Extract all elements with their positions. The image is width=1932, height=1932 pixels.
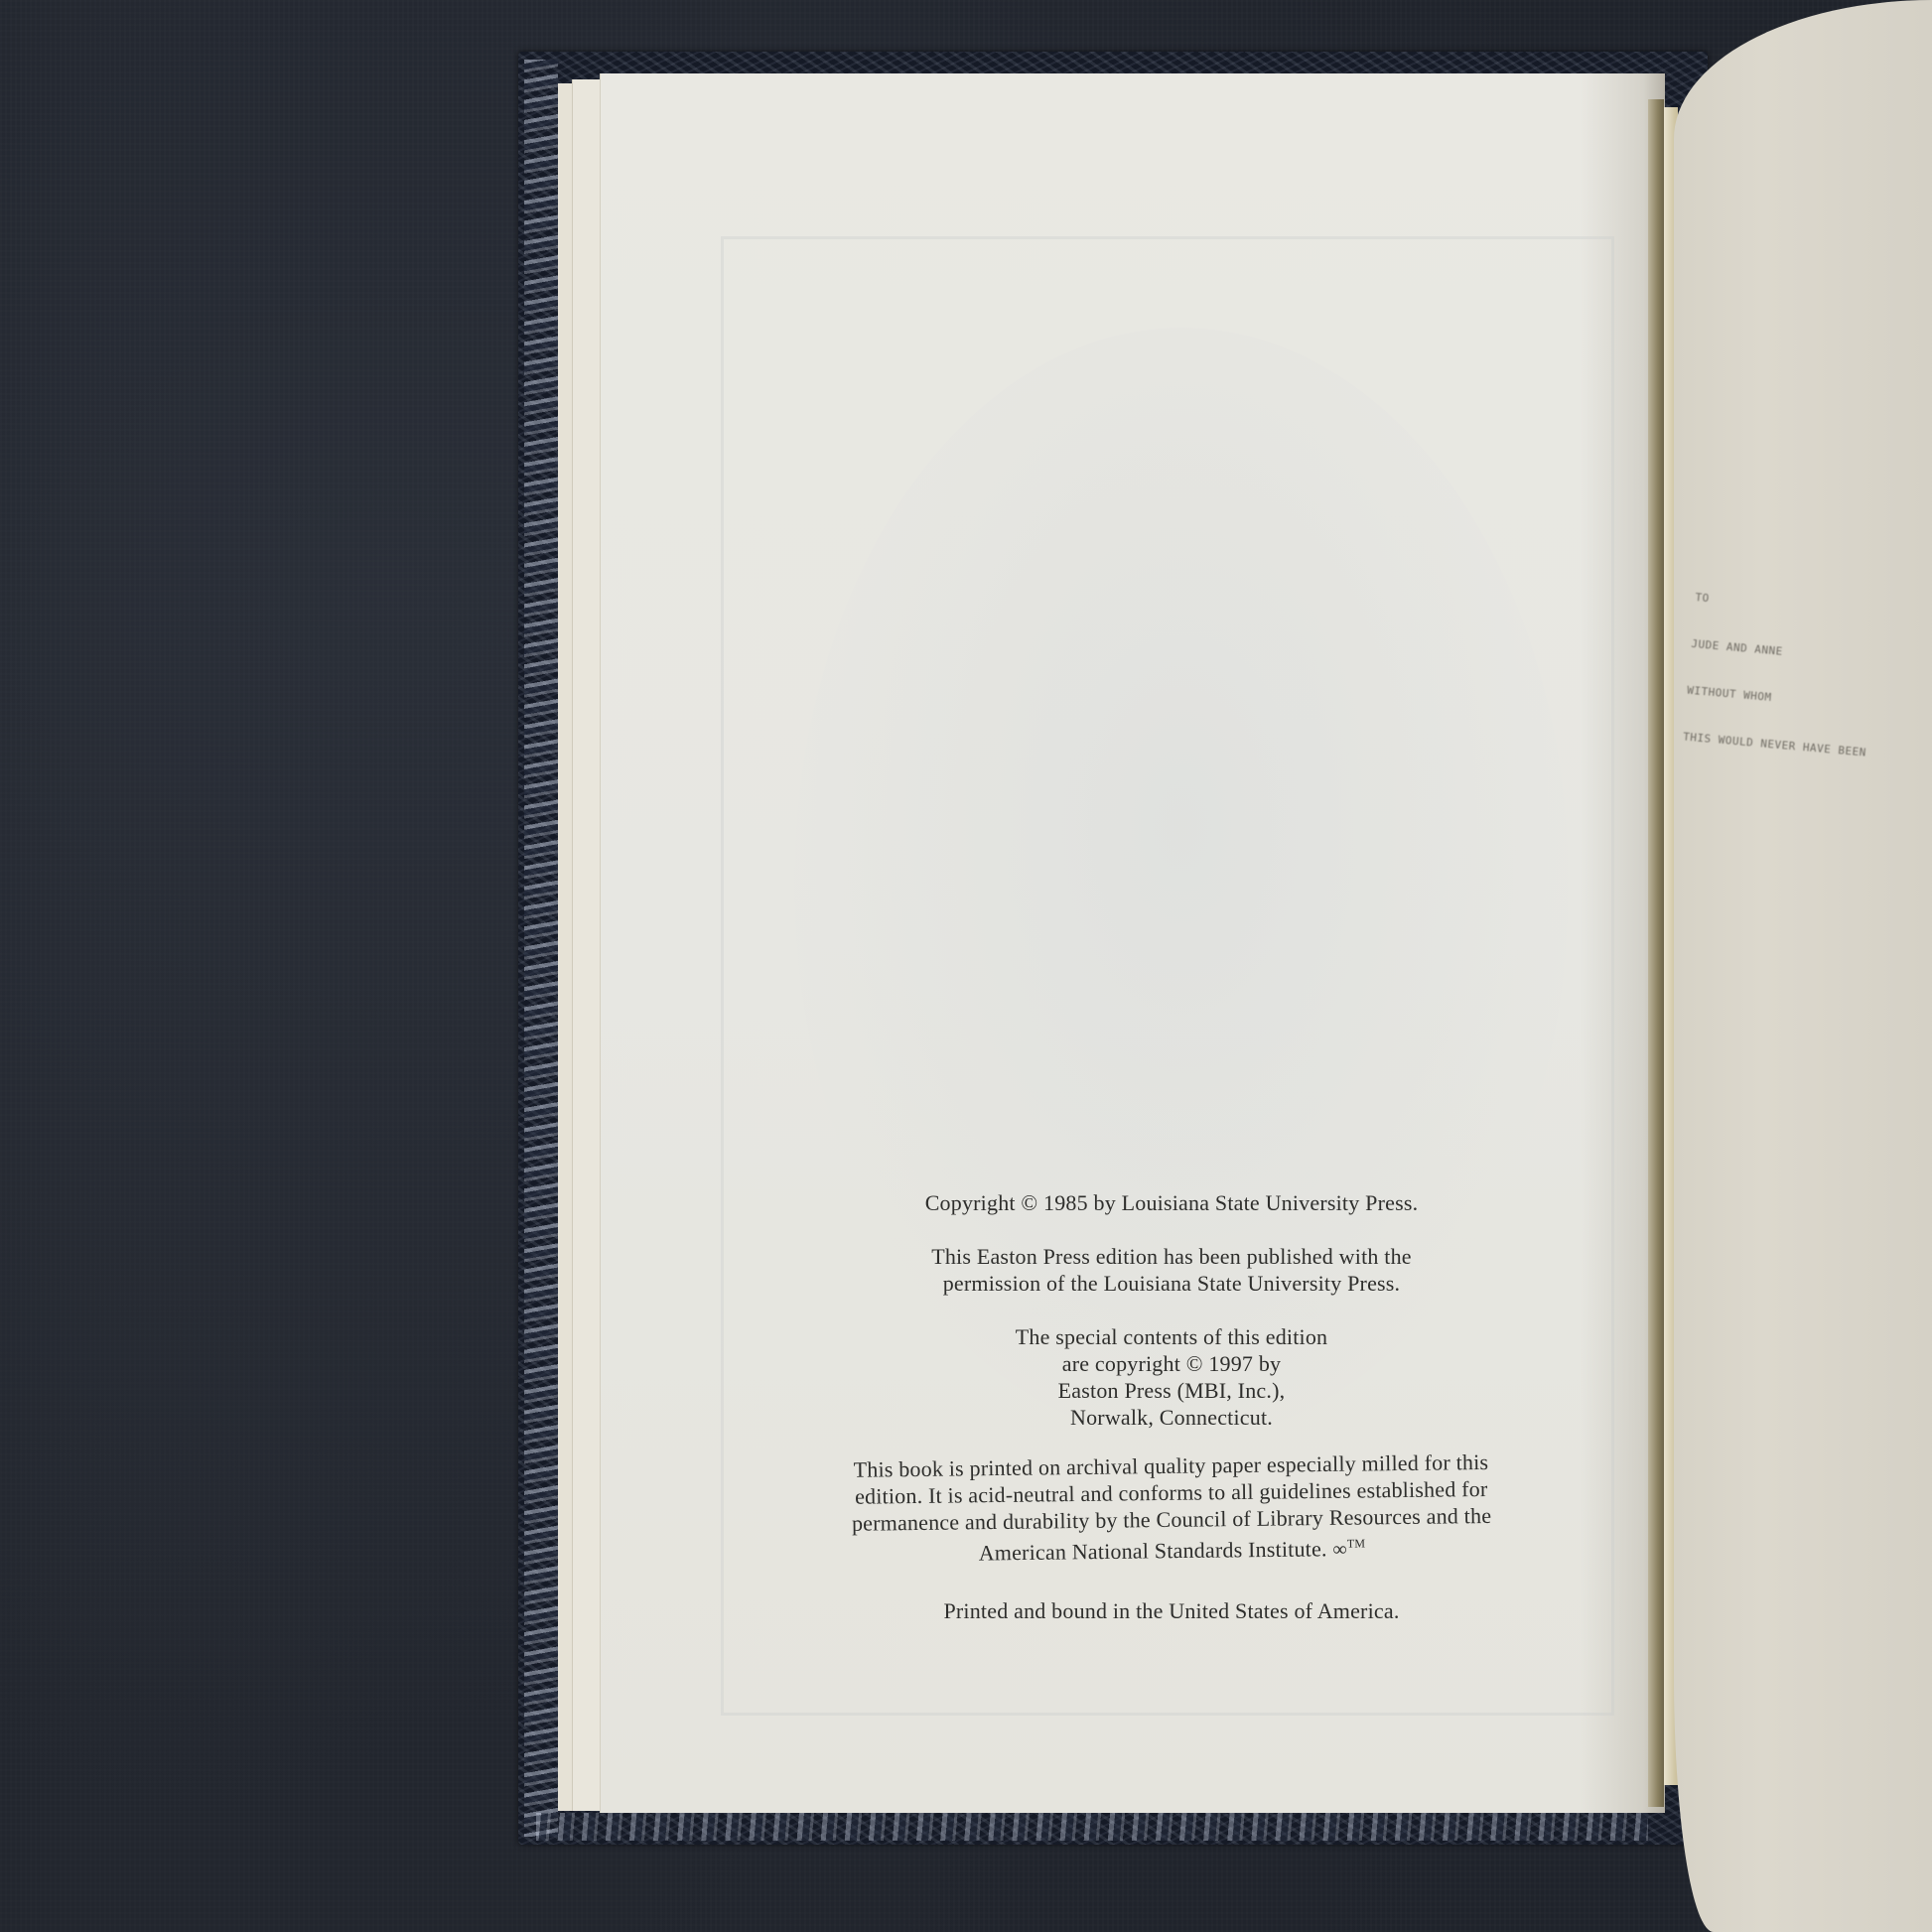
text-line: Norwalk, Connecticut. xyxy=(755,1404,1588,1431)
book-photo-scene: Copyright © 1985 by Louisiana State Univ… xyxy=(0,0,1932,1932)
archival-paper-paragraph: This book is printed on archival quality… xyxy=(754,1448,1588,1572)
text-line: The special contents of this edition xyxy=(755,1323,1588,1350)
text-fragment: American National Standards Institute. xyxy=(979,1536,1327,1565)
dedication-text: TO JUDE AND ANNE WITHOUT WHOM THIS WOULD… xyxy=(1680,592,1879,793)
binding-edge-bottom xyxy=(536,1813,1648,1841)
dedication-line: THIS WOULD NEVER HAVE BEEN xyxy=(1683,731,1866,758)
original-copyright-paragraph: Copyright © 1985 by Louisiana State Univ… xyxy=(755,1189,1588,1216)
text-line: Copyright © 1985 by Louisiana State Univ… xyxy=(755,1189,1588,1216)
trademark-mark: TM xyxy=(1347,1536,1366,1550)
text-line: permission of the Louisiana State Univer… xyxy=(755,1270,1588,1297)
dedication-page xyxy=(1674,0,1932,1932)
text-line: are copyright © 1997 by xyxy=(755,1350,1588,1377)
book-gutter xyxy=(1648,99,1664,1807)
text-line: Printed and bound in the United States o… xyxy=(755,1597,1588,1624)
dedication-line: WITHOUT WHOM xyxy=(1687,685,1870,712)
infinity-paper-icon: ∞ xyxy=(1332,1537,1347,1564)
binding-edge-left xyxy=(524,60,558,1837)
special-contents-paragraph: The special contents of this edition are… xyxy=(755,1323,1588,1431)
dedication-line: JUDE AND ANNE xyxy=(1691,638,1874,665)
text-line: This Easton Press edition has been publi… xyxy=(755,1243,1588,1270)
text-line: Easton Press (MBI, Inc.), xyxy=(755,1377,1588,1404)
printing-location-paragraph: Printed and bound in the United States o… xyxy=(755,1597,1588,1624)
edition-permission-paragraph: This Easton Press edition has been publi… xyxy=(755,1243,1588,1297)
copyright-text-block: Copyright © 1985 by Louisiana State Univ… xyxy=(755,1189,1588,1651)
